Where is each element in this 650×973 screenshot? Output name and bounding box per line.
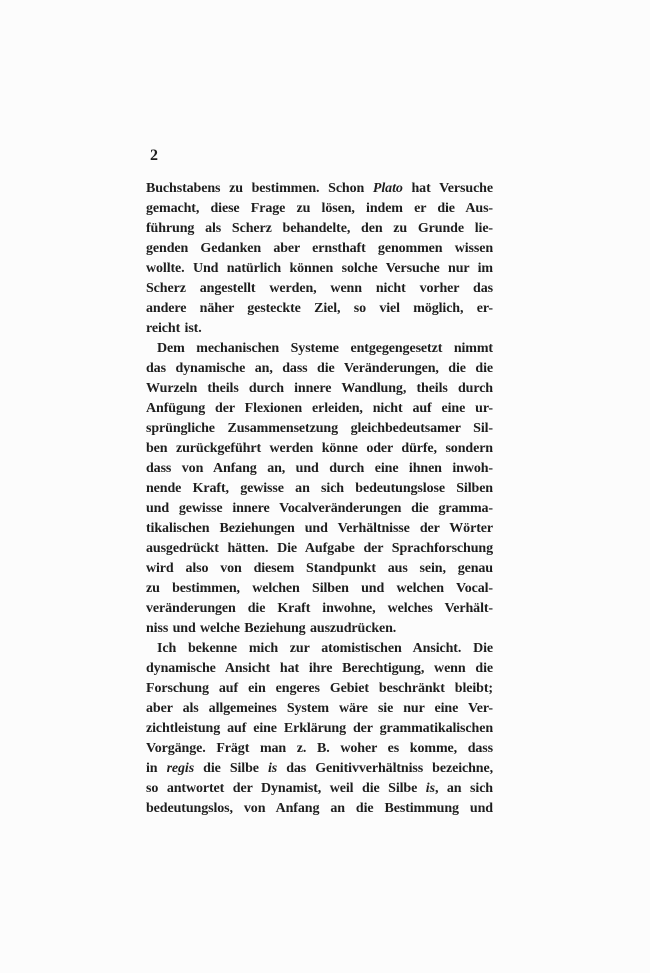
text-segment: dass von Anfang an, und durch eine ihnen… [146, 461, 493, 476]
text-line: andere näher gesteckte Ziel, so viel mög… [146, 299, 493, 319]
text-segment: Wurzeln theils durch innere Wandlung, th… [146, 381, 493, 396]
text-segment: Dem mechanischen Systeme entgegengesetzt… [157, 341, 493, 356]
text-line: ben zurückgeführt werden könne oder dürf… [146, 439, 493, 459]
text-line: Dem mechanischen Systeme entgegengesetzt… [146, 339, 493, 359]
text-segment: Vorgänge. Frägt man z. B. woher es komme… [146, 741, 493, 756]
text-line: nende Kraft, gewisse an sich bedeutungsl… [146, 479, 493, 499]
text-segment: gemacht, diese Frage zu lösen, indem er … [146, 201, 493, 216]
text-segment: Scherz angestellt werden, wenn nicht vor… [146, 281, 493, 296]
italic-text: regis [167, 761, 195, 776]
text-segment: andere näher gesteckte Ziel, so viel mög… [146, 301, 493, 316]
text-segment: so antwortet der Dynamist, weil die Silb… [146, 781, 426, 796]
text-line: gemacht, diese Frage zu lösen, indem er … [146, 199, 493, 219]
text-segment: das Genitivverhältniss bezeichne, [277, 761, 493, 776]
text-segment: niss und welche Beziehung auszudrücken. [146, 621, 396, 636]
text-line: Anfügung der Flexionen erleiden, nicht a… [146, 399, 493, 419]
text-line: Ich bekenne mich zur atomistischen Ansic… [146, 639, 493, 659]
text-line: reicht ist. [146, 319, 493, 339]
text-segment: Ich bekenne mich zur atomistischen Ansic… [157, 641, 493, 656]
text-line: tikalischen Beziehungen und Verhältnisse… [146, 519, 493, 539]
italic-text: Plato [373, 181, 403, 196]
text-line: dynamische Ansicht hat ihre Berechtigung… [146, 659, 493, 679]
text-line: wird also von diesem Standpunkt aus sein… [146, 559, 493, 579]
text-segment: , an sich [435, 781, 493, 796]
text-line: zu bestimmen, welchen Silben und welchen… [146, 579, 493, 599]
text-segment: Buchstabens zu bestimmen. Schon [146, 181, 373, 196]
text-segment: zu bestimmen, welchen Silben und welchen… [146, 581, 493, 596]
text-segment: ben zurückgeführt werden könne oder dürf… [146, 441, 493, 456]
text-segment: ausgedrückt hätten. Die Aufgabe der Spra… [146, 541, 493, 556]
text-segment: wird also von diesem Standpunkt aus sein… [146, 561, 493, 576]
text-line: veränderungen die Kraft inwohne, welches… [146, 599, 493, 619]
text-line: ausgedrückt hätten. Die Aufgabe der Spra… [146, 539, 493, 559]
text-segment: sprüngliche Zusammensetzung gleichbedeut… [146, 421, 493, 436]
text-segment: tikalischen Beziehungen und Verhältnisse… [146, 521, 493, 536]
text-line: niss und welche Beziehung auszudrücken. [146, 619, 493, 639]
text-segment: hat Versuche [403, 181, 493, 196]
italic-text: is [426, 781, 435, 796]
italic-text: is [268, 761, 277, 776]
text-line: Vorgänge. Frägt man z. B. woher es komme… [146, 739, 493, 759]
text-line: Forschung auf ein engeres Gebiet beschrä… [146, 679, 493, 699]
text-segment: bedeutungslos, von Anfang an die Bestimm… [146, 801, 493, 816]
page-number: 2 [150, 147, 158, 165]
text-segment: genden Gedanken aber ernsthaft genommen … [146, 241, 493, 256]
text-segment: die Silbe [194, 761, 268, 776]
book-page: 2 Buchstabens zu bestimmen. Schon Plato … [0, 0, 650, 973]
text-block: Buchstabens zu bestimmen. Schon Plato ha… [146, 179, 493, 819]
text-line: in regis die Silbe is das Genitivverhält… [146, 759, 493, 779]
text-segment: das dynamische an, dass die Veränderunge… [146, 361, 493, 376]
text-segment: und gewisse innere Vocalveränderungen di… [146, 501, 493, 516]
text-line: zichtleistung auf eine Erklärung der gra… [146, 719, 493, 739]
text-segment: Forschung auf ein engeres Gebiet beschrä… [146, 681, 493, 696]
text-segment: aber als allgemeines System wäre sie nur… [146, 701, 493, 716]
text-line: genden Gedanken aber ernsthaft genommen … [146, 239, 493, 259]
text-line: sprüngliche Zusammensetzung gleichbedeut… [146, 419, 493, 439]
text-line: dass von Anfang an, und durch eine ihnen… [146, 459, 493, 479]
text-segment: veränderungen die Kraft inwohne, welches… [146, 601, 493, 616]
text-line: führung als Scherz behandelte, den zu Gr… [146, 219, 493, 239]
text-line: aber als allgemeines System wäre sie nur… [146, 699, 493, 719]
text-line: so antwortet der Dynamist, weil die Silb… [146, 779, 493, 799]
text-segment: reicht ist. [146, 321, 202, 336]
text-segment: Anfügung der Flexionen erleiden, nicht a… [146, 401, 493, 416]
text-segment: führung als Scherz behandelte, den zu Gr… [146, 221, 493, 236]
text-line: Scherz angestellt werden, wenn nicht vor… [146, 279, 493, 299]
text-segment: wollte. Und natürlich können solche Vers… [146, 261, 493, 276]
text-line: das dynamische an, dass die Veränderunge… [146, 359, 493, 379]
text-line: Wurzeln theils durch innere Wandlung, th… [146, 379, 493, 399]
text-segment: dynamische Ansicht hat ihre Berechtigung… [146, 661, 493, 676]
text-line: bedeutungslos, von Anfang an die Bestimm… [146, 799, 493, 819]
text-segment: zichtleistung auf eine Erklärung der gra… [146, 721, 493, 736]
text-line: und gewisse innere Vocalveränderungen di… [146, 499, 493, 519]
text-segment: in [146, 761, 167, 776]
text-line: wollte. Und natürlich können solche Vers… [146, 259, 493, 279]
text-segment: nende Kraft, gewisse an sich bedeutungsl… [146, 481, 493, 496]
text-line: Buchstabens zu bestimmen. Schon Plato ha… [146, 179, 493, 199]
